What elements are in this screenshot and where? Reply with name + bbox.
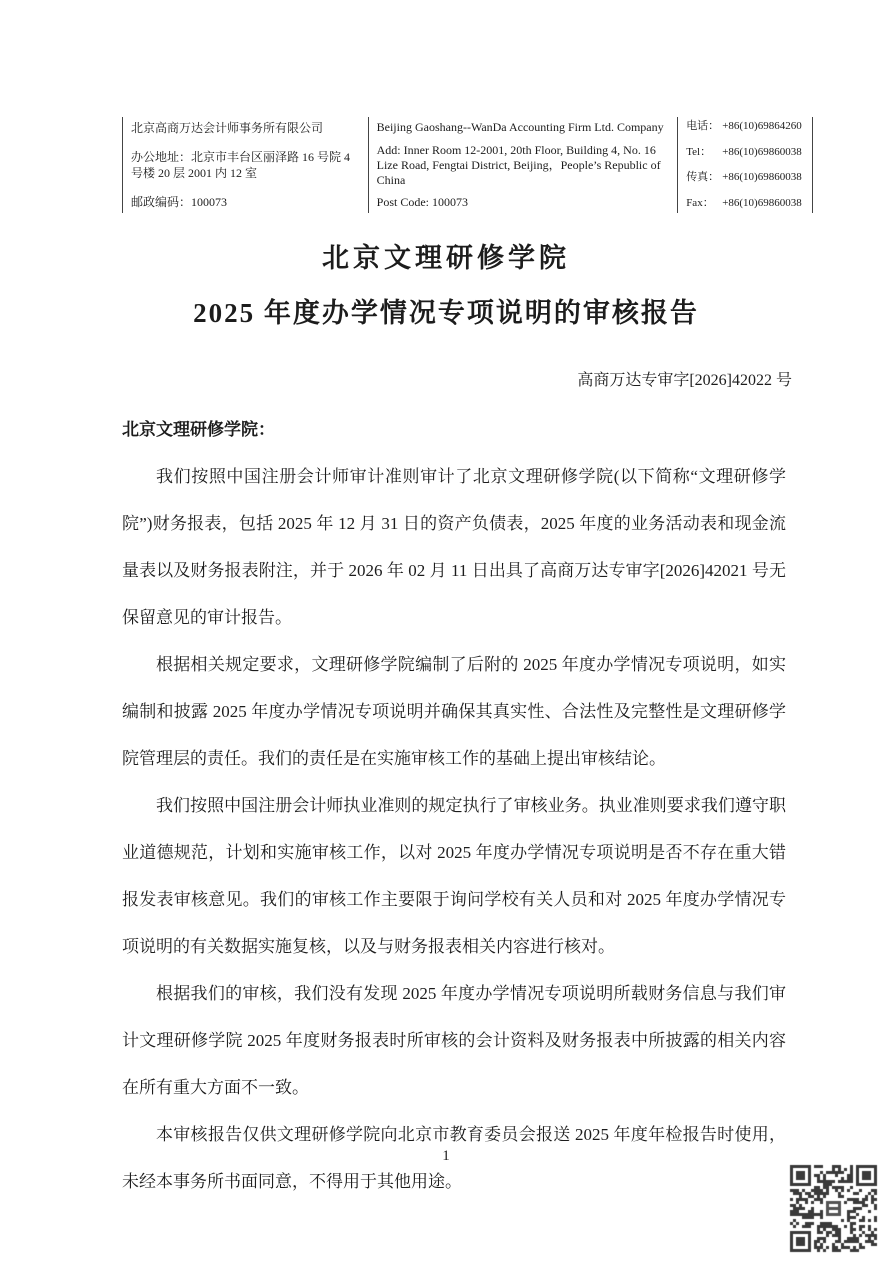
firm-address-en: Add: Inner Room 12-2001, 20th Floor, Bui… [377, 143, 670, 188]
report-body: 北京文理研修学院： 我们按照中国注册会计师审计准则审计了北京文理研修学院(以下简… [122, 406, 786, 1205]
report-title-subject: 2025 年度办学情况专项说明的审核报告 [0, 291, 892, 330]
paragraph-audit-scope: 我们按照中国注册会计师审计准则审计了北京文理研修学院(以下简称“文理研修学院”)… [122, 453, 786, 641]
contact-label: Fax： [686, 197, 722, 210]
paragraph-review-conclusion: 根据我们的审核，我们没有发现 2025 年度办学情况专项说明所载财务信息与我们审… [122, 970, 786, 1111]
contact-row-fax-en: Fax： +86(10)69860038 [686, 197, 804, 210]
firm-postcode-en: Post Code: 100073 [377, 195, 670, 210]
paragraph-management-responsibility: 根据相关规定要求，文理研修学院编制了后附的 2025 年度办学情况专项说明，如实… [122, 641, 786, 782]
contact-value: +86(10)69860038 [722, 197, 802, 210]
paragraph-review-procedures: 我们按照中国注册会计师执业准则的规定执行了审核业务。执业准则要求我们遵守职业道德… [122, 782, 786, 970]
contact-label: 传真： [686, 171, 722, 184]
firm-name-cn: 北京高商万达会计师事务所有限公司 [131, 120, 360, 136]
firm-address-cn: 办公地址：北京市丰台区丽泽路 16 号院 4 号楼 20 层 2001 内 12… [131, 149, 360, 181]
contact-row-fax-cn: 传真： +86(10)69860038 [686, 171, 804, 184]
contact-row-phone: 电话： +86(10)69864260 [686, 120, 804, 133]
contact-value: +86(10)69860038 [722, 171, 802, 184]
page-number: 1 [0, 1148, 892, 1165]
contact-label: 电话： [686, 120, 722, 133]
report-title: 北京文理研修学院 2025 年度办学情况专项说明的审核报告 [0, 236, 892, 330]
letterhead-contacts-column: 电话： +86(10)69864260 Tel： +86(10)69860038… [677, 117, 812, 213]
reference-number: 高商万达专审字[2026]42022 号 [577, 367, 792, 390]
contact-value: +86(10)69864260 [722, 120, 802, 133]
letterhead-english-column: Beijing Gaoshang--WanDa Accounting Firm … [368, 117, 678, 213]
document-page: 北京高商万达会计师事务所有限公司 办公地址：北京市丰台区丽泽路 16 号院 4 … [0, 0, 892, 1262]
letterhead-chinese-column: 北京高商万达会计师事务所有限公司 办公地址：北京市丰台区丽泽路 16 号院 4 … [122, 117, 368, 213]
contact-row-tel: Tel： +86(10)69860038 [686, 146, 804, 159]
firm-name-en: Beijing Gaoshang--WanDa Accounting Firm … [377, 120, 670, 135]
contact-label: Tel： [686, 146, 722, 159]
contact-value: +86(10)69860038 [722, 146, 802, 159]
letterhead: 北京高商万达会计师事务所有限公司 办公地址：北京市丰台区丽泽路 16 号院 4 … [122, 117, 813, 213]
report-title-institution: 北京文理研修学院 [0, 236, 892, 275]
firm-postcode-cn: 邮政编码：100073 [131, 194, 360, 210]
salutation: 北京文理研修学院： [122, 406, 786, 453]
qr-code [787, 1162, 880, 1255]
